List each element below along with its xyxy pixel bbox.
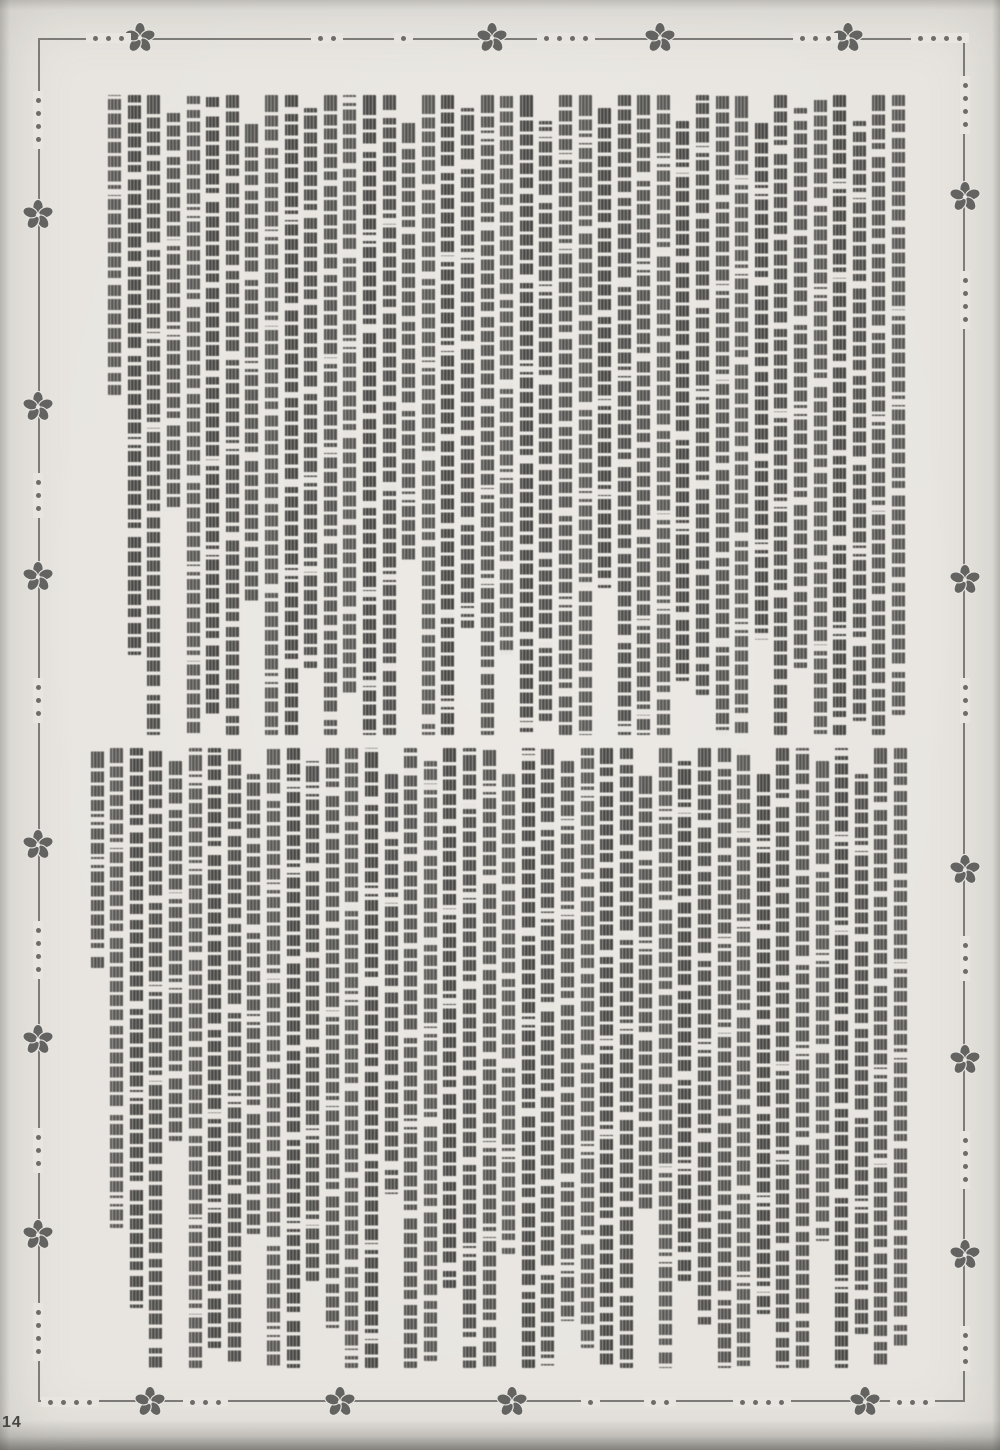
border-dots [960,1326,970,1371]
border-dot [963,278,968,283]
text-column [559,95,572,735]
border-dot [963,1151,968,1156]
text-column [247,774,260,1234]
border-dot [779,1400,784,1405]
flower-ornament-icon [21,560,55,594]
border-dot [963,109,968,114]
border-dots [793,33,838,43]
border-dot [203,1400,208,1405]
text-column [441,95,454,735]
border-dot [36,685,41,690]
border-dot [106,36,111,41]
text-column [91,748,104,968]
text-column [894,748,907,1348]
border-dot [36,711,41,716]
border-dot [36,506,41,511]
text-column [520,95,533,735]
text-column [287,748,300,1368]
text-column [696,95,709,695]
text-column [657,95,670,735]
flower-ornament-icon [848,1385,882,1419]
text-column [796,748,809,1368]
text-column [483,748,496,1368]
text-column [833,95,846,735]
text-column [443,748,456,1288]
text-column [110,748,123,1228]
flower-ornament-icon [948,1238,982,1272]
lower-text-block [91,748,907,1368]
text-column [463,748,476,1368]
border-dot [36,480,41,485]
flower-ornament-icon [21,828,55,862]
border-dots [960,936,970,981]
flower-ornament-icon [475,21,509,55]
text-column [383,95,396,735]
text-column [343,95,356,695]
text-column [855,774,868,1334]
text-column [678,761,691,1281]
text-column [402,121,415,561]
border-dot [740,1400,745,1405]
border-dot [36,1135,41,1140]
page-number: 14 [2,1414,22,1432]
text-column [304,108,317,668]
border-dot [910,1400,915,1405]
border-dot [963,698,968,703]
text-column [755,121,768,641]
border-dot [931,36,936,41]
flower-ornament-icon [948,180,982,214]
text-column [326,748,339,1328]
flower-ornament-icon [643,21,677,55]
border-dot [36,1323,41,1328]
border-dot [923,1400,928,1405]
text-column [620,748,633,1368]
border-dot [557,36,562,41]
border-dot [36,124,41,129]
border-dots [86,33,131,43]
border-dot [36,493,41,498]
border-dots [581,1397,600,1407]
border-dot [651,1400,656,1405]
border-dot [36,967,41,972]
text-column [147,95,160,735]
border-dot [963,122,968,127]
border-dot [119,36,124,41]
border-dots [394,33,413,43]
border-dot [963,1164,968,1169]
text-column [187,95,200,735]
border-dot [570,36,575,41]
border-dots [960,678,970,723]
border-dots [311,33,343,43]
text-column [600,748,613,1368]
border-dot [963,96,968,101]
text-column [424,761,437,1361]
border-dot [766,1400,771,1405]
text-column [365,748,378,1368]
text-column [226,95,239,735]
border-dot [957,36,962,41]
border-dots [33,91,43,149]
border-dots [911,33,969,43]
text-column [872,95,885,735]
text-column [363,95,376,735]
flower-ornament-icon [21,390,55,424]
border-dot [963,83,968,88]
border-dot [588,1400,593,1405]
text-column [128,95,141,655]
text-column [324,95,337,735]
text-column [502,774,515,1254]
text-column [561,761,574,1321]
border-dot [36,111,41,116]
border-dot [800,36,805,41]
text-column [718,748,731,1368]
text-column [461,108,474,628]
border-dots [644,1397,676,1407]
border-dot [813,36,818,41]
border-dot [963,685,968,690]
border-dot [963,1346,968,1351]
text-column [676,121,689,681]
text-column [816,761,829,1241]
border-dot [331,36,336,41]
flower-ornament-icon [323,1385,357,1419]
border-dot [664,1400,669,1405]
text-column [245,121,258,601]
text-column [285,95,298,735]
flower-ornament-icon [948,1043,982,1077]
border-dot [87,1400,92,1405]
border-dots [33,1303,43,1361]
flower-ornament-icon [948,563,982,597]
border-dot [36,137,41,142]
text-column [794,108,807,668]
text-column [814,95,827,735]
text-column [228,748,241,1368]
border-dot [36,1336,41,1341]
text-column [637,95,650,735]
text-column [169,761,182,1141]
text-column [167,108,180,508]
border-dot [74,1400,79,1405]
border-dots [537,33,595,43]
border-dot [963,956,968,961]
text-column [774,95,787,735]
border-dot [216,1400,221,1405]
text-column [422,95,435,735]
border-dot [36,928,41,933]
text-column [108,95,121,395]
border-dot [963,1177,968,1182]
border-dot [963,317,968,322]
border-dot [963,1359,968,1364]
border-dot [401,36,406,41]
border-dot [36,98,41,103]
border-dot [36,1310,41,1315]
text-column [522,748,535,1368]
border-dots [733,1397,791,1407]
border-dot [963,943,968,948]
text-column [735,95,748,735]
border-dots [960,76,970,134]
border-dots [33,921,43,979]
text-column [874,748,887,1368]
border-dot [318,36,323,41]
text-column [404,748,417,1368]
text-column [500,95,513,655]
text-column [659,748,672,1368]
flower-ornament-icon [948,853,982,887]
border-dots [960,271,970,329]
border-dots [33,1128,43,1173]
border-dot [48,1400,53,1405]
text-column [892,95,905,715]
flower-ornament-icon [21,1023,55,1057]
border-dot [963,1333,968,1338]
text-column [835,748,848,1368]
text-column [757,774,770,1314]
border-dot [190,1400,195,1405]
border-dot [544,36,549,41]
text-column [130,748,143,1308]
upper-text-block [103,95,905,735]
border-dot [918,36,923,41]
border-dot [963,304,968,309]
border-dot [61,1400,66,1405]
border-dot [944,36,949,41]
text-column [618,95,631,735]
text-column [639,774,652,1214]
border-dot [36,941,41,946]
border-dots [183,1397,228,1407]
text-column [579,95,592,735]
text-column [776,748,789,1368]
text-column [581,748,594,1348]
scanned-page: 14 [0,0,1000,1450]
border-dots [41,1397,99,1407]
border-dot [963,291,968,296]
text-column [306,761,319,1281]
border-dot [583,36,588,41]
text-column [541,748,554,1368]
flower-ornament-icon [495,1385,529,1419]
text-column [385,774,398,1194]
text-column [737,748,750,1368]
text-column [698,748,711,1328]
border-dot [826,36,831,41]
text-column [208,748,221,1348]
border-dot [36,698,41,703]
text-column [267,748,280,1368]
text-column [189,748,202,1368]
border-dots [33,473,43,518]
border-dots [33,678,43,723]
border-dot [36,1349,41,1354]
border-dot [897,1400,902,1405]
flower-ornament-icon [133,1385,167,1419]
text-column [598,108,611,588]
flower-ornament-icon [21,1218,55,1252]
border-dots [890,1397,935,1407]
flower-ornament-icon [21,198,55,232]
text-column [539,121,552,721]
border-dot [93,36,98,41]
border-dots [960,1131,970,1189]
text-column [345,748,358,1368]
text-column [265,95,278,735]
border-dot [36,954,41,959]
border-dot [963,969,968,974]
border-dot [963,1138,968,1143]
text-column [206,95,219,715]
border-dot [36,1161,41,1166]
text-column [853,121,866,721]
border-dot [963,711,968,716]
border-dot [753,1400,758,1405]
text-column [716,95,729,735]
text-column [481,95,494,735]
text-column [149,748,162,1368]
border-dot [36,1148,41,1153]
